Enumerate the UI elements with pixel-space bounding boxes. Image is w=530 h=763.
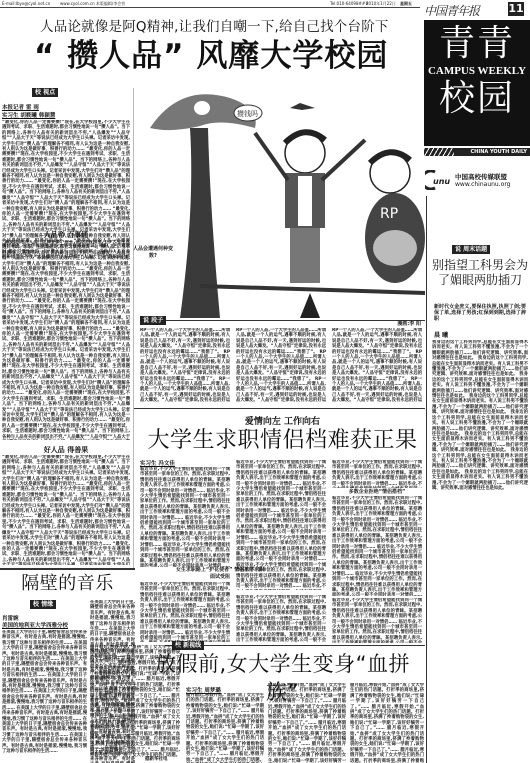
job-body-col3: 临近毕业,不少大学生情侣希望能找到同一个城市甚至同一家单位的工作。然而,在求职过… [332,460,422,488]
hatch-decoration [424,148,454,156]
lead-body-col1c: “最变化,你的人品一定需要攒!”现在,在大学校园里,不少大学生在遇到考试、求职、… [2,455,130,565]
section-title-top: 青青 [424,24,530,64]
svg-text:unu: unu [433,177,450,186]
lead-subhead-2: 好人品 得善果 [2,445,130,455]
weekday-text: 星期五 [400,0,412,8]
job-headline: 大学生求职情侣档难获正果 [140,427,425,455]
music-column-badge: 校 情缘 [30,600,56,609]
alliance-logo: unu 中国高校传媒联盟 www.chinaunu.org [425,168,530,192]
job-body-col1: 临近毕业,不少大学生情侣希望能找到同一个城市甚至同一家单位的工作。然而,在求职过… [140,467,230,567]
masthead: 中国青年报 11 青青 CAMPUS WEEKLY 校园 CHINA YOUTH… [420,0,530,168]
job-body-col3b: 临近毕业,不少大学生情侣希望能找到同一个城市甚至同一家单位的工作。然而,在求职过… [332,496,422,596]
job-body-col2b: 临近毕业,不少大学生情侣希望能找到同一个城市甚至同一家单位的工作。然而,在求职过… [236,595,326,643]
sidebar-column-badge: 说 周末话题 [452,245,490,254]
section-title-block: 青青 CAMPUS WEEKLY 校园 [424,20,530,146]
music-byline-2: 美国的地利亚大学西雅分校 [2,621,68,629]
blood-credit: 据新华社电 [145,756,168,762]
joke-column-badge: 说 段子 [140,316,166,325]
blood-body-col1: 腊月临近,寒假开始,“血拼”成了女大学生们的热门话题。打折季的商场里,挤满了拎着… [186,693,264,763]
lead-column-badge: 校 视点 [32,88,58,97]
sidebar-title: 别指望工科男会为了媚眼两肋插刀 [430,258,530,288]
paper-logo: 中国青年报 [424,2,479,19]
job-subhead-2: 多数企业拒绝“情侣搭档” [332,488,422,495]
lead-body-col1b: “最变化,你的人品一定需要攒!”现在,在大学校园里,不少大学生在遇到考试、求职、… [2,240,130,440]
china-youth-daily-strip: CHINA YOUTH DAILY [424,148,530,156]
lead-subtitle: 人品论就像是阿Q精神,让我们自嘲一下,给自己找个台阶下 [40,18,420,36]
cunu-logo-icon: unu [425,170,451,190]
cartoon-illustration: 攒钱吗 RP 漫画:李 阳 [140,88,425,338]
lead-headline: “ 攒人品” 风靡大学校园 [34,38,388,74]
column-divider-left [133,88,134,568]
site-text: www.cyol.com.cn 本版编辑/李会营 [60,0,125,8]
sidebar-body: 我身边的这个工科男同学,总能在女生面前显得木讷而老实。有人说工科男不懂浪漫,不会… [432,340,528,763]
belly-label: RP [380,206,398,222]
blood-body-col3: 腊月临近,寒假开始,“血拼”成了女大学生们的热门话题。打折季的商场里,挤满了拎着… [350,683,424,763]
page-number: 11 [508,2,524,16]
lead-byline-1: 本报记者 雷 雨 [2,103,39,111]
bubble-text: 攒钱吗 [237,109,258,118]
job-body-col1b: 临近毕业,不少大学生情侣希望能找到同一个城市甚至同一家单位的工作。然而,在求职过… [140,582,230,642]
lead-subhead-1: 人品帝 百事通 [2,230,130,240]
joke-caption-col2: RP一个人的人品,一个大学生的人品值……所谓人品,就是一个人的运气,遇事不顺的时… [236,328,326,403]
music-headline: 隔壁的音乐 [0,570,135,598]
section-title-bottom: 校园 [424,78,530,120]
alliance-name: 中国高校传媒联盟 [455,172,507,181]
job-body-col3c: 临近毕业,不少大学生情侣希望能找到同一个城市甚至同一家单位的工作。然而,在求职过… [332,598,422,643]
lead-byline-2: 实习生 胡筱曦 韩颖慧 [2,111,55,119]
job-subhead-1: 女生求职路上“护花使者” 情侣单学求职面试受阻 [175,566,265,580]
blood-body-left: 腊月临近,寒假开始,“血拼”成了女大学生们的热门话题。打折季的商场里,挤满了拎着… [90,645,180,757]
joke-caption-col3: RP一个人的人品,一个大学生的人品值……所谓人品,就是一个人的运气,遇事不顺的时… [332,328,422,403]
alliance-url: www.chinaunu.org [455,181,510,188]
cartoon-svg: 攒钱吗 RP [140,88,425,328]
sidebar-summary: 新时代女金庶义,要保住执照,执照了剑;要保了单,选择了男孩;红保到到期,选择了辞… [434,304,526,323]
top-info-bar: E-mail:lbyx@cyol.net.cn www.cyol.com.cn … [0,0,420,8]
blood-body-col2: 腊月临近,寒假开始,“血拼”成了女大学生们的热门话题。打折季的商场里,挤满了拎着… [268,683,346,763]
section-title-en: CAMPUS WEEKLY [424,64,530,78]
illustration-credit: 漫画:李 阳 [397,320,421,327]
email-text: E-mail:lbyx@cyol.net.cn [2,0,50,8]
date-text: 2010年1月22日 [366,0,396,8]
joke-caption-col1: RP一个人的人品,一个大学生的人品值……所谓人品,就是一个人的运气,遇事不顺的时… [140,328,230,403]
phone-text: Tel:010-64098### [330,0,369,8]
job-byline: 实习生 冯文佳 [140,459,175,467]
section-rule-1 [133,408,425,409]
sidebar-divider [426,196,427,763]
job-kicker: 爱情向左 工作向右 [140,414,425,427]
sidebar-byline: 晨 曦 [434,330,448,339]
music-body-col1: 在美国上大学的日子里,隔壁宿舍总会传来各种音乐声。有时是古典,有时是摇滚,慢慢地… [2,630,87,763]
